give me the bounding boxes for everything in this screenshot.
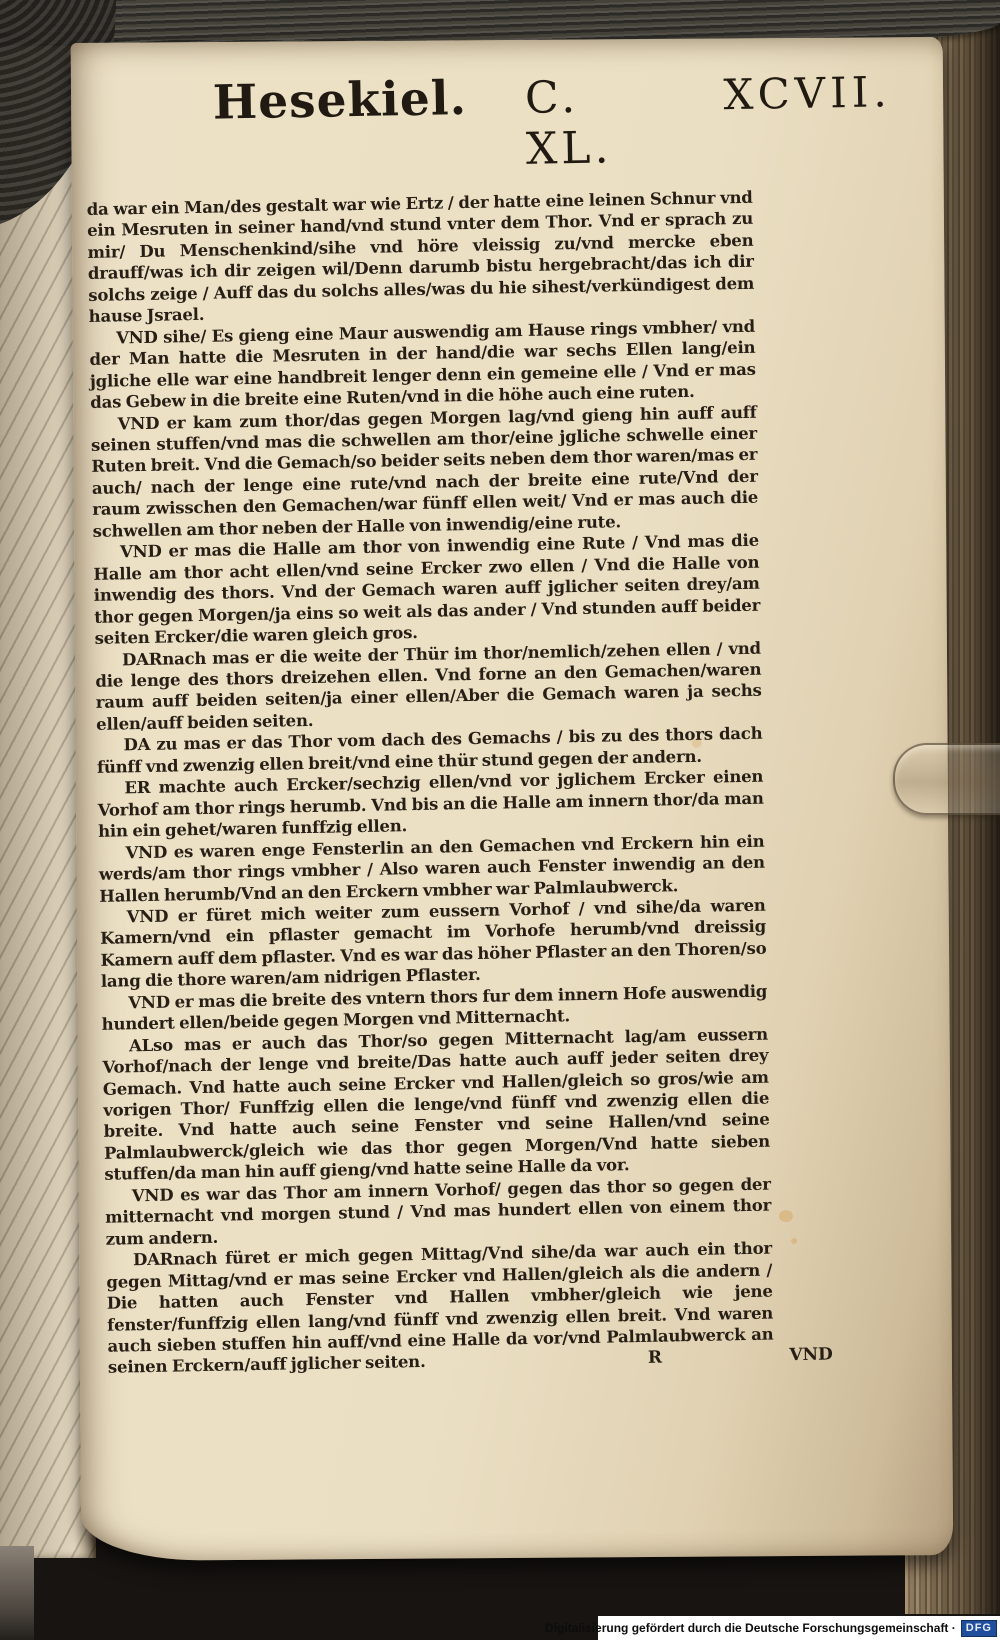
text-column: da war ein Man/des gestalt war wie Ertz …	[87, 187, 775, 1379]
book-scan: Hesekiel. C. XL. XCVII. da war ein Man/d…	[0, 0, 1000, 1640]
paragraph: VND es waren enge Fensterlin an den Gema…	[98, 830, 765, 907]
printed-page-content: Hesekiel. C. XL. XCVII. da war ein Man/d…	[84, 46, 868, 1378]
paragraph: ER machte auch Ercker/sechzig ellen/vnd …	[97, 766, 764, 843]
signature-line: R VND	[648, 1344, 833, 1367]
paragraph: VND er mas die Halle am thor von inwendi…	[93, 530, 761, 649]
paragraph: VND er kam zum thor/das gegen Morgen lag…	[90, 401, 758, 542]
digitisation-credit-bar: Digitalisierung gefördert durch die Deut…	[598, 1616, 1000, 1640]
paragraph: ALso mas er auch das Thor/so gegen Mitte…	[102, 1023, 771, 1185]
dfg-logo: DFG	[961, 1620, 997, 1637]
folio-number: XCVII.	[723, 67, 892, 119]
page-holder-clip	[893, 743, 1000, 815]
paragraph: DARnach mas er die weite der Thür im tho…	[95, 637, 762, 735]
credit-text: Digitalisierung gefördert durch die Deut…	[545, 1621, 956, 1635]
paragraph: da war ein Man/des gestalt war wie Ertz …	[87, 187, 755, 328]
paragraph: VND sihe/ Es gieng eine Maur auswendig a…	[89, 315, 756, 413]
running-head: Hesekiel. C. XL. XCVII.	[212, 64, 846, 181]
chapter-number: C. XL.	[525, 71, 613, 175]
catchword: VND	[789, 1344, 833, 1365]
book-title: Hesekiel.	[212, 71, 467, 131]
paragraph: VND er füret mich weiter zum eussern Vor…	[100, 895, 767, 993]
curled-page-bottom	[0, 1546, 34, 1640]
paragraph: VND es war das Thor am innern Vorhof/ ge…	[105, 1173, 772, 1250]
signature-mark: R	[648, 1348, 663, 1368]
